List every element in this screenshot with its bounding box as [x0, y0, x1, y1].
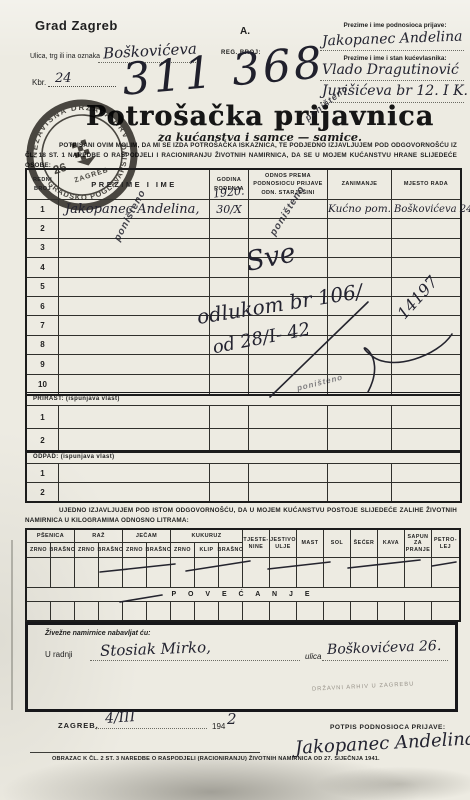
main-table-cell-zanimanje [328, 336, 392, 355]
house-number-label: Kbr. [32, 78, 46, 87]
main-table-header: MJESTO RADA [392, 170, 460, 200]
supplies-value-cell [351, 558, 378, 588]
supplies-group-header: KUKURUZ [171, 530, 243, 543]
supplies-value-cell [432, 558, 459, 588]
supplies-value-cell [27, 602, 51, 620]
footer-year-printed: 194 [212, 722, 225, 731]
prirast-cell [249, 406, 328, 429]
main-table-cell-name [59, 316, 210, 335]
supplies-value-cell [297, 602, 324, 620]
supplies-value-cell [405, 558, 432, 588]
supplies-value-cell [219, 558, 243, 588]
landlord-underline [320, 68, 464, 81]
supplies-value-cell [75, 602, 99, 620]
odpad-cell [59, 483, 210, 501]
odpad-cell [249, 483, 328, 501]
main-table-header: ZANIMANJE [328, 170, 392, 200]
odpad-cell [59, 464, 210, 483]
supplies-value-cell [195, 602, 219, 620]
supplies-sub-header: BRAŠNO [147, 543, 171, 558]
supplies-value-cell [147, 602, 171, 620]
supplies-value-cell [243, 602, 270, 620]
supplies-single-header: ŠEĆER [351, 530, 378, 558]
odpad-cell [328, 483, 392, 501]
supplies-value-cell [270, 602, 297, 620]
prirast-rownum: 2 [27, 429, 59, 451]
main-table-cell-mjesto [392, 336, 460, 355]
footer-divider [30, 752, 260, 753]
main-table-cell-mjesto: Boškovićeva 24 [392, 200, 460, 219]
prirast-cell [210, 406, 249, 429]
footer-date-line [95, 718, 207, 729]
prirast-cell [249, 429, 328, 451]
supplies-sub-header: ZRNO [27, 543, 51, 558]
main-table-cell-name [59, 355, 210, 374]
supplies-single-header: PETRO- LEJ [432, 530, 459, 558]
supplies-value-cell [405, 602, 432, 620]
supplies-value-cell [171, 602, 195, 620]
main-table-cell-num: 2 [27, 219, 59, 238]
main-table-cell-name [59, 278, 210, 297]
household-members-table: REDNI BROJPREZIME I IMEGODINA ROĐENJAODN… [25, 168, 462, 396]
supplies-value-cell [432, 602, 459, 620]
main-table-cell-mjesto [392, 316, 460, 335]
supplies-value-cell [351, 602, 378, 620]
main-table-cell-zanimanje [328, 355, 392, 374]
odpad-cell [392, 464, 460, 483]
section-letter: A. [240, 26, 250, 37]
supplies-value-cell [219, 602, 243, 620]
supplies-value-cell [27, 558, 51, 588]
supplies-value-cell [243, 558, 270, 588]
main-table-header: ODNOS PREMA PODNOSIOCU PRIJAVE ODN. STAR… [249, 170, 328, 200]
main-table-cell-num: 8 [27, 336, 59, 355]
prirast-cell [59, 406, 210, 429]
declaration-2: UJEDNO IZJAVLJUJEM POD ISTOM ODGOVORNOŠĆ… [25, 506, 457, 526]
odpad-section: ODPAD: (ispunjava vlast)12 [25, 450, 462, 503]
signature-value: Jakopanec Andelina [295, 728, 470, 758]
supplies-value-cell [123, 558, 147, 588]
main-table-cell-num: 4 [27, 258, 59, 277]
odpad-rownum: 1 [27, 464, 59, 483]
stamp-ring-top-text: NEZAVISNA DRŽAVA HRVATSKA [4, 77, 131, 174]
supplies-sub-header: KLIP [195, 543, 219, 558]
street-label: Ulica, trg ili ina oznaka [30, 53, 100, 60]
odpad-label: ODPAD: (ispunjava vlast) [27, 451, 460, 464]
supplies-increase-label: P O V E Ć A N J E [27, 588, 459, 602]
city-title: Grad Zagreb [35, 18, 118, 33]
footer-city: ZAGREB, [58, 721, 99, 730]
main-table-cell-birth [210, 258, 249, 277]
prirast-cell [392, 429, 460, 451]
supplies-sub-header: BRAŠNO [219, 543, 243, 558]
supplies-value-cell [99, 602, 123, 620]
main-table-cell-zanimanje: Kućno pom. [328, 200, 392, 219]
prirast-cell [392, 406, 460, 429]
prirast-cell [328, 429, 392, 451]
odpad-cell [210, 483, 249, 501]
main-table-header: REDNI BROJ [27, 170, 59, 200]
main-table-cell-birth [210, 278, 249, 297]
main-table-cell-num: 5 [27, 278, 59, 297]
radnja-label: U radnji [45, 650, 73, 659]
applicant-label: Prezime i ime podnosioca prijave: [326, 22, 464, 29]
supplies-single-header: MAST [297, 530, 324, 558]
supplies-value-cell [99, 558, 123, 588]
supplies-value-cell [75, 558, 99, 588]
main-table-cell-num: 3 [27, 239, 59, 258]
supplies-group-header: PŠENICA [27, 530, 75, 543]
main-table-cell-num: 1 [27, 200, 59, 219]
supplies-sub-header: ZRNO [75, 543, 99, 558]
scanned-form-page: Grad Zagreb Ulica, trg ili ina oznaka Bo… [0, 0, 470, 800]
form-note: OBRAZAC K ČL. 2 ST. 3 NAREDBE O RASPODJE… [52, 756, 402, 762]
odpad-cell [249, 464, 328, 483]
ulica-underline [322, 648, 448, 661]
main-table-cell-odnos [249, 355, 328, 374]
main-table-cell-num: 6 [27, 297, 59, 316]
ulica-label: ulica [305, 652, 321, 661]
main-table-cell-name [59, 219, 210, 238]
prirast-label: PRIRAST: (ispunjava vlast) [27, 393, 460, 406]
odpad-cell [210, 464, 249, 483]
main-table-cell-name [59, 239, 210, 258]
odpad-rownum: 2 [27, 483, 59, 501]
coat-of-arms-icon [71, 138, 98, 169]
prirast-cell [210, 429, 249, 451]
supplies-value-cell [297, 558, 324, 588]
main-table-cell-zanimanje [328, 219, 392, 238]
scan-edge-line [11, 540, 13, 710]
main-table-cell-zanimanje [328, 258, 392, 277]
supplies-single-header: KAVA [378, 530, 405, 558]
main-table-cell-name [59, 375, 210, 394]
supplies-value-cell [147, 558, 171, 588]
prirast-cell [59, 429, 210, 451]
supplies-sub-header: BRAŠNO [51, 543, 75, 558]
supplies-group-header: RAŽ [75, 530, 123, 543]
supplies-value-cell [171, 558, 195, 588]
supplies-single-header: SOL [324, 530, 351, 558]
main-table-cell-name [59, 297, 210, 316]
odpad-cell [328, 464, 392, 483]
main-table-cell-zanimanje [328, 316, 392, 335]
main-table-cell-num: 10 [27, 375, 59, 394]
prirast-rownum: 1 [27, 406, 59, 429]
main-table-cell-mjesto [392, 355, 460, 374]
supplies-sub-header: ZRNO [123, 543, 147, 558]
radnja-underline [90, 648, 300, 661]
main-table-cell-name [59, 336, 210, 355]
supplies-value-cell [324, 602, 351, 620]
supplies-value-cell [51, 558, 75, 588]
food-supplies-table: PŠENICARAŽJEČAMKUKURUZTJESTE- NINEJESTIV… [25, 528, 461, 622]
main-table-cell-mjesto [392, 375, 460, 394]
supplies-value-cell [51, 602, 75, 620]
main-table-cell-num: 7 [27, 316, 59, 335]
applicant-underline [320, 38, 464, 51]
supplies-value-cell [378, 558, 405, 588]
footer-year-written: 2 [227, 710, 237, 728]
main-table-cell-mjesto [392, 239, 460, 258]
prirast-cell [328, 406, 392, 429]
landlord-label: Prezime i ime i stan kućevlasnika: [326, 55, 464, 62]
supplies-value-cell [378, 602, 405, 620]
main-table-cell-birth [210, 375, 249, 394]
main-table-cell-zanimanje [328, 239, 392, 258]
supplies-value-cell [270, 558, 297, 588]
main-table-cell-mjesto [392, 219, 460, 238]
supplies-group-header: JEČAM [123, 530, 171, 543]
supplies-single-header: SAPUN ZA PRANJE [405, 530, 432, 558]
supplies-value-cell [195, 558, 219, 588]
main-table-cell-num: 9 [27, 355, 59, 374]
supplies-value-cell [123, 602, 147, 620]
odpad-cell [392, 483, 460, 501]
shop-box-line1: Živežne namirnice nabavljat ću: [45, 630, 150, 637]
supplies-sub-header: ZRNO [171, 543, 195, 558]
main-table-cell-birth: 30/X [210, 200, 249, 219]
prirast-section: PRIRAST: (ispunjava vlast)12 [25, 392, 462, 453]
supplies-value-cell [324, 558, 351, 588]
supplies-single-header: TJESTE- NINE [243, 530, 270, 558]
main-table-cell-odnos [249, 219, 328, 238]
main-table-cell-birth [210, 219, 249, 238]
main-table-cell-name [59, 258, 210, 277]
supplies-single-header: JESTIVO ULJE [270, 530, 297, 558]
supplies-sub-header: BRAŠNO [99, 543, 123, 558]
